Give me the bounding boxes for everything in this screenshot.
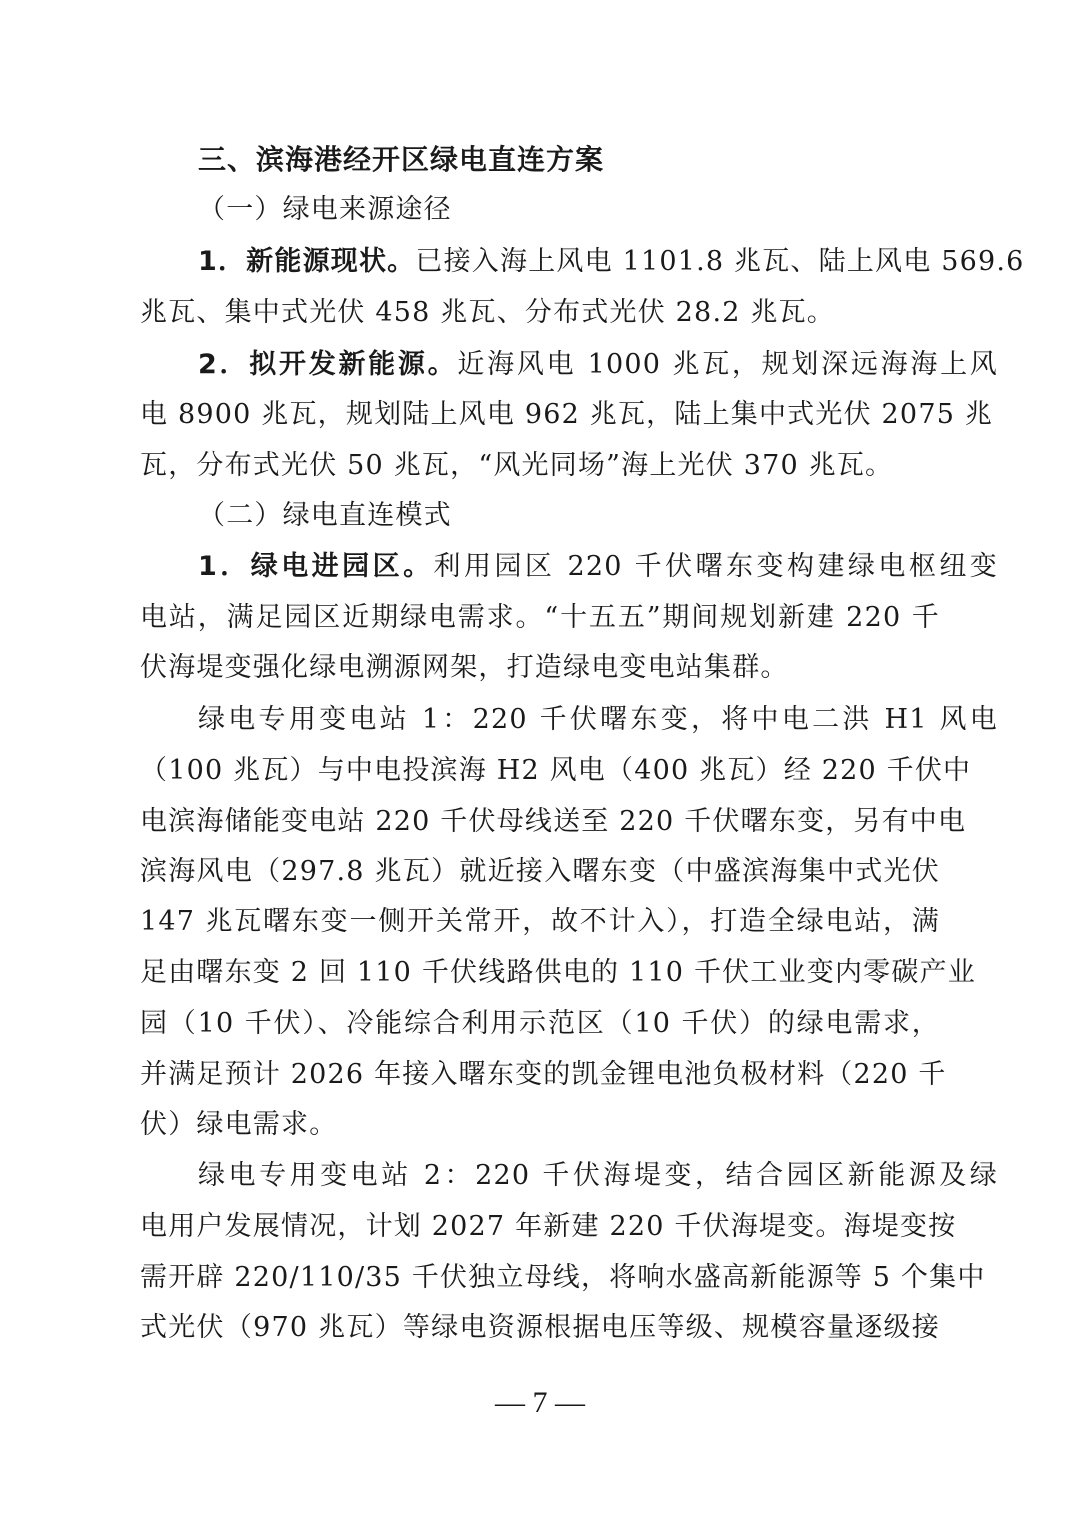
paragraph-substation-1-line-5: 147 兆瓦曙东变一侧开关常开，故不计入），打造全绿电站，满: [140, 896, 940, 948]
paragraph-substation-1-line-8: 并满足预计 2026 年接入曙东变的凯金锂电池负极材料（220 千: [140, 1049, 940, 1101]
paragraph-park-line-2: 电站，满足园区近期绿电需求。“十五五”期间规划新建 220 千: [140, 592, 940, 644]
paragraph-substation-2-line-1: 绿电专用变电站 2：220 千伏海堤变，结合园区新能源及绿: [140, 1150, 998, 1202]
paragraph-substation-2-line-3: 需开辟 220/110/35 千伏独立母线，将响水盛高新能源等 5 个集中: [140, 1252, 940, 1304]
paragraph-substation-1-line-9: 伏）绿电需求。: [140, 1099, 940, 1151]
paragraph-label: 1．新能源现状。: [198, 246, 415, 277]
paragraph-planned-energy-line-3: 瓦，分布式光伏 50 兆瓦，“风光同场”海上光伏 370 兆瓦。: [140, 440, 940, 492]
document-page: 三、滨海港经开区绿电直连方案 （一）绿电来源途径 1．新能源现状。已接入海上风电…: [0, 0, 1080, 1527]
paragraph-planned-energy-line-2: 电 8900 兆瓦，规划陆上风电 962 兆瓦，陆上集中式光伏 2075 兆: [140, 389, 940, 441]
paragraph-substation-1-line-4: 滨海风电（297.8 兆瓦）就近接入曙东变（中盛滨海集中式光伏: [140, 846, 940, 898]
paragraph-substation-2-line-2: 电用户发展情况，计划 2027 年新建 220 千伏海堤变。海堤变按: [140, 1201, 940, 1253]
paragraph-park-line-3: 伏海堤变强化绿电溯源网架，打造绿电变电站集群。: [140, 642, 940, 694]
page-number: — 7 —: [0, 1386, 1080, 1420]
paragraph-label: 2．拟开发新能源。: [198, 349, 457, 380]
subsection-title-green-power-sources: （一）绿电来源途径: [140, 184, 998, 236]
paragraph-park-line-1: 1．绿电进园区。利用园区 220 千伏曙东变构建绿电枢纽变: [140, 541, 998, 593]
paragraph-substation-1-line-7: 园（10 千伏）、冷能综合利用示范区（10 千伏）的绿电需求，: [140, 998, 940, 1050]
subsection-title-direct-connection-mode: （二）绿电直连模式: [140, 490, 998, 542]
paragraph-substation-1-line-1: 绿电专用变电站 1：220 千伏曙东变，将中电二洪 H1 风电: [140, 694, 998, 746]
paragraph-planned-energy-line-1: 2．拟开发新能源。近海风电 1000 兆瓦，规划深远海海上风: [140, 339, 998, 391]
paragraph-substation-2-line-4: 式光伏（970 兆瓦）等绿电资源根据电压等级、规模容量逐级接: [140, 1302, 940, 1354]
section-title: 三、滨海港经开区绿电直连方案: [140, 134, 998, 186]
paragraph-current-energy-line-2: 兆瓦、集中式光伏 458 兆瓦、分布式光伏 28.2 兆瓦。: [140, 287, 940, 339]
paragraph-substation-1-line-3: 电滨海储能变电站 220 千伏母线送至 220 千伏曙东变，另有中电: [140, 796, 940, 848]
paragraph-substation-1-line-6: 足由曙东变 2 回 110 千伏线路供电的 110 千伏工业变内零碳产业: [140, 947, 940, 999]
paragraph-label: 1．绿电进园区。: [198, 551, 434, 582]
paragraph-current-energy-line-1: 1．新能源现状。已接入海上风电 1101.8 兆瓦、陆上风电 569.6: [140, 236, 998, 288]
paragraph-substation-1-line-2: （100 兆瓦）与中电投滨海 H2 风电（400 兆瓦）经 220 千伏中: [140, 745, 940, 797]
